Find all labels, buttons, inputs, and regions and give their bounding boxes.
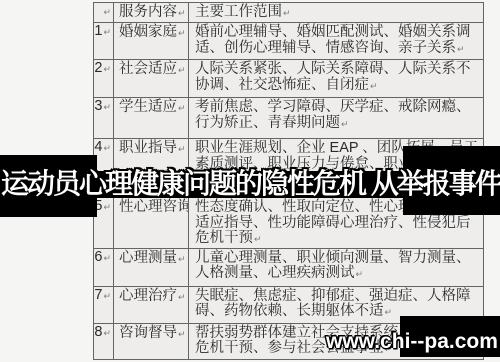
- row-scope: 婚前心理辅导、婚姻匹配测试、婚姻关系调适、创伤心理辅导、情感咨询、亲子关系: [195, 24, 471, 56]
- headline-overlay: 运动员心理健康问题的隐性危机 从举报事件谈起: [0, 167, 500, 203]
- pilcrow-mark: ↵: [177, 65, 186, 75]
- row-category: 心理测量: [119, 250, 177, 266]
- table-row: 6↵ 心理测量↵ 儿童心理测量、职业倾向测量、智力测量、人格测量、心理疾病测试↵: [94, 248, 484, 286]
- watermark-url: www.chi--pa.com: [326, 330, 498, 354]
- row-scope: 儿童心理测量、职业倾向测量、智力测量、人格测量、心理疾病测试: [195, 250, 471, 282]
- header-category: 服务内容: [119, 4, 177, 20]
- header-num-cell: ↵: [94, 3, 114, 23]
- table-row: 1↵ 婚姻家庭↵ 婚前心理辅导、婚姻匹配测试、婚姻关系调适、创伤心理辅导、情感咨…: [94, 23, 484, 60]
- pilcrow-mark: ↵: [102, 27, 111, 37]
- pilcrow-mark: ↵: [384, 307, 393, 317]
- pilcrow-mark: ↵: [102, 143, 111, 153]
- row-category: 社会适应: [119, 61, 177, 77]
- table-header-row: ↵ 服务内容↵ 主要工作范围↵: [94, 3, 484, 23]
- pilcrow-mark: ↵: [102, 64, 111, 74]
- pilcrow-mark: ↵: [102, 7, 111, 17]
- pilcrow-mark: ↵: [102, 102, 111, 112]
- pilcrow-mark: ↵: [177, 329, 186, 339]
- pilcrow-mark: ↵: [177, 28, 186, 38]
- header-category-cell: 服务内容↵: [114, 3, 189, 23]
- pilcrow-mark: ↵: [102, 253, 111, 263]
- page: ↵ 服务内容↵ 主要工作范围↵ 1↵ 婚姻家庭↵ 婚前心理辅导、婚姻匹配测试、婚…: [0, 0, 500, 362]
- table-row: 3↵ 学生适应↵ 考前焦虑、学习障碍、厌学症、戒除网瘾、行为矫正、青春期问题↵: [94, 98, 484, 139]
- pilcrow-mark: ↵: [355, 269, 364, 279]
- pilcrow-mark: ↵: [456, 44, 465, 54]
- pilcrow-mark: ↵: [282, 8, 291, 18]
- row-scope: 考前焦虑、学习障碍、厌学症、戒除网瘾、行为矫正、青春期问题: [195, 99, 471, 131]
- row-category: 心理治疗: [119, 288, 177, 304]
- row-category: 职业指导: [119, 140, 177, 156]
- row-category: 咨询督导: [119, 325, 177, 341]
- pilcrow-mark: ↵: [177, 292, 186, 302]
- pilcrow-mark: ↵: [177, 103, 186, 113]
- pilcrow-mark: ↵: [102, 328, 111, 338]
- header-scope-cell: 主要工作范围↵: [189, 3, 484, 23]
- pilcrow-mark: ↵: [369, 81, 378, 91]
- row-category: 婚姻家庭: [119, 24, 177, 40]
- pilcrow-mark: ↵: [177, 254, 186, 264]
- pilcrow-mark: ↵: [177, 8, 186, 18]
- pilcrow-mark: ↵: [102, 291, 111, 301]
- row-scope: 失眠症、焦虑症、抑郁症、强迫症、人格障碍、药物依赖、长期躯体不适: [195, 288, 471, 320]
- row-category: 学生适应: [119, 99, 177, 115]
- header-scope: 主要工作范围: [195, 4, 282, 20]
- pilcrow-mark: ↵: [102, 202, 111, 212]
- row-scope: 人际关系紧张、人际关系障碍、人际关系不协调、社交恐怖症、自闭症: [195, 61, 471, 93]
- pilcrow-mark: ↵: [253, 234, 262, 244]
- pilcrow-mark: ↵: [177, 144, 186, 154]
- table-row: 2↵ 社会适应↵ 人际关系紧张、人际关系障碍、人际关系不协调、社交恐怖症、自闭症…: [94, 60, 484, 98]
- pilcrow-mark: ↵: [340, 119, 349, 129]
